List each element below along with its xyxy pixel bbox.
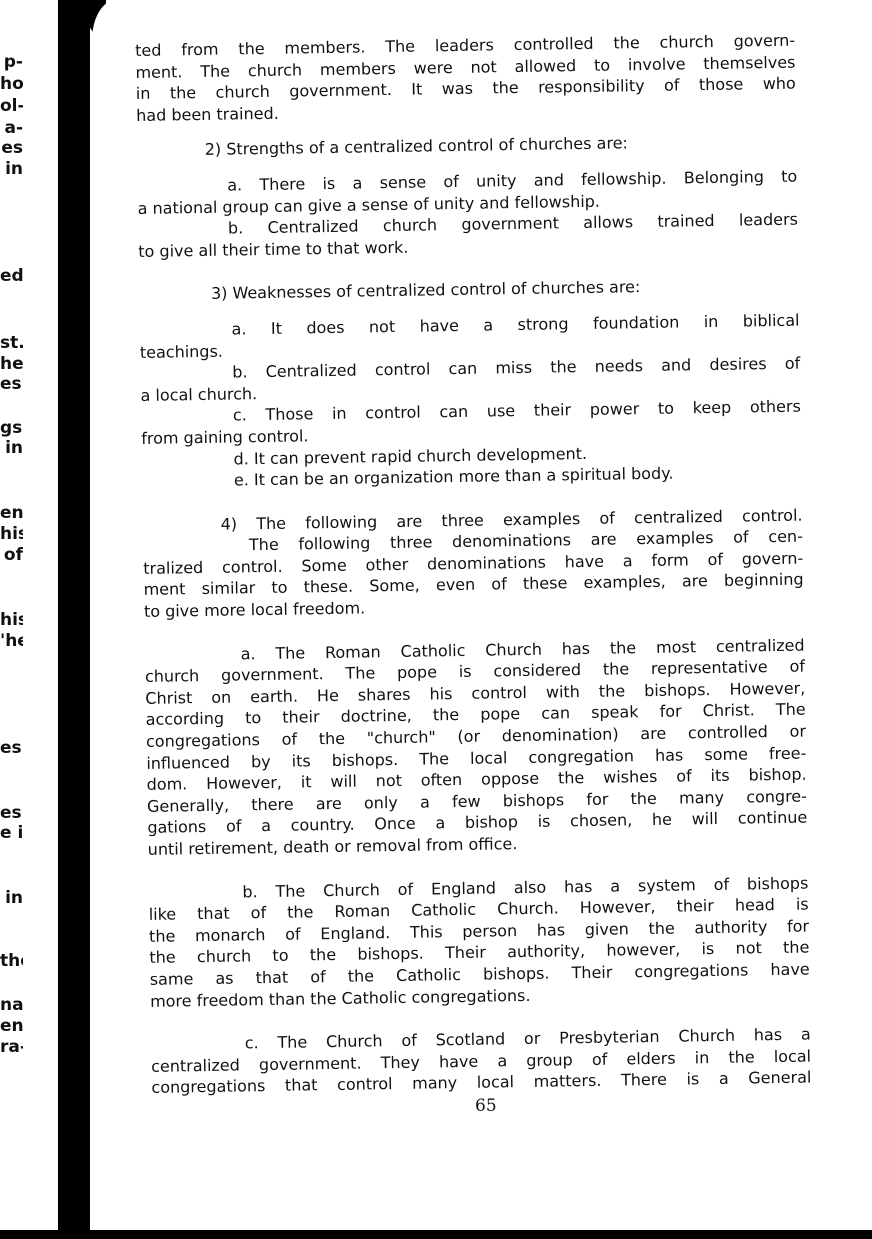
facing-page-text-fragment: in xyxy=(0,888,23,909)
facing-page-text-fragment: the xyxy=(0,951,23,972)
scan-bottom-edge xyxy=(0,1230,872,1239)
facing-page-text-fragment: en, xyxy=(0,1016,23,1037)
facing-page-edge: p-hool-a-esinedst.hees.gs.inenthisofhis'… xyxy=(0,0,58,1239)
facing-page-text-fragment: a- xyxy=(0,118,23,139)
facing-page-text-fragment: of xyxy=(0,545,23,566)
facing-page-text-fragment: ho xyxy=(0,74,23,95)
facing-page-text-fragment: nan xyxy=(0,995,23,1016)
facing-page-text-fragment: ed xyxy=(0,266,23,287)
page-body: ted from the members. The leaders contro… xyxy=(135,30,812,1099)
page-number: 65 xyxy=(475,1096,497,1116)
facing-page-text-fragment: his xyxy=(0,524,23,545)
facing-page-text-fragment: his xyxy=(0,610,23,631)
facing-page-text-fragment: es xyxy=(0,138,23,159)
facing-page-text-fragment: es. xyxy=(0,374,23,395)
facing-page-text-fragment: p- xyxy=(0,52,23,73)
facing-page-text-fragment: in xyxy=(0,438,23,459)
facing-page-text-fragment: ent xyxy=(0,503,23,524)
facing-page-text-fragment: e is xyxy=(0,823,23,844)
facing-page-text-fragment: he xyxy=(0,354,23,375)
facing-page-text-fragment: st. xyxy=(0,333,23,354)
facing-page-text-fragment: in xyxy=(0,159,23,180)
facing-page-text-fragment: es. xyxy=(0,803,23,824)
facing-page-text-fragment: 'he xyxy=(0,631,23,652)
facing-page-text-fragment: ra- xyxy=(0,1037,23,1058)
facing-page-text-fragment: gs. xyxy=(0,418,23,439)
book-gutter-shadow xyxy=(58,0,90,1239)
facing-page-text-fragment: ol- xyxy=(0,96,23,117)
facing-page-text-fragment: es. xyxy=(0,738,23,759)
